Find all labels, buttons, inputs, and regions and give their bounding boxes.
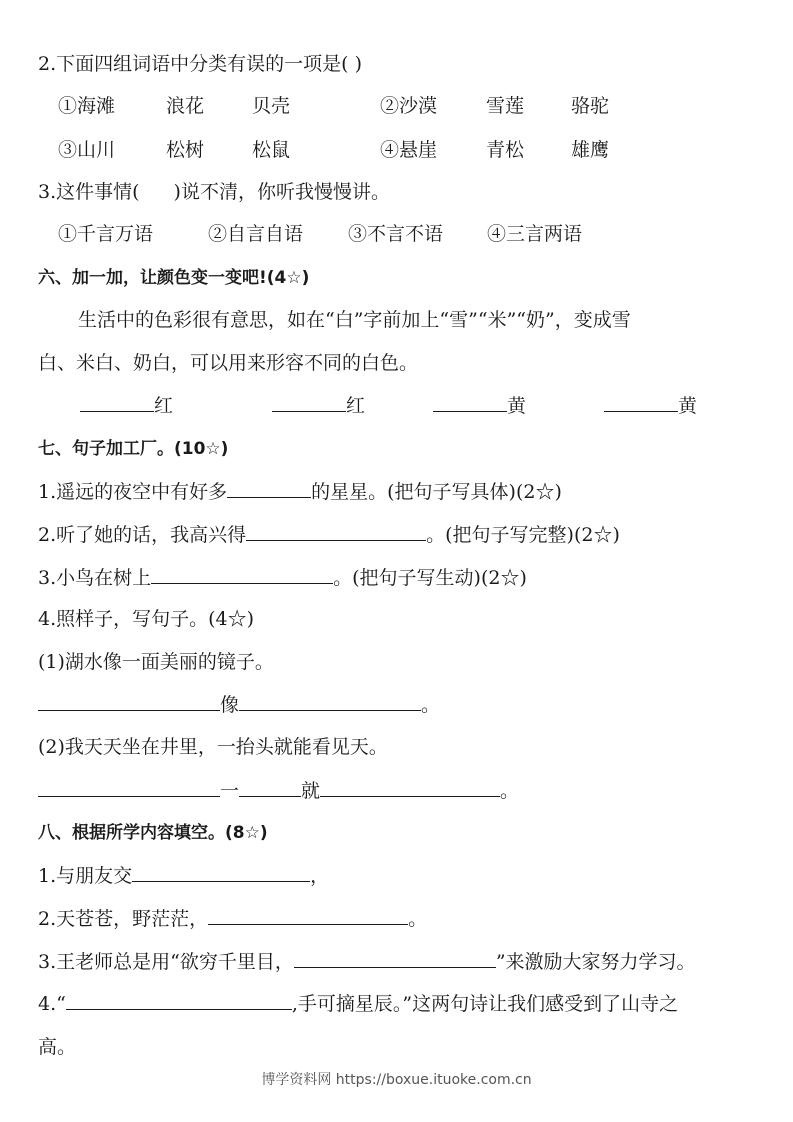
s7-ex2-mid2: 就 [301, 780, 320, 802]
s8-q4-continuation: 高。 [38, 1035, 76, 1059]
color-blank-1-input[interactable] [80, 393, 154, 412]
q2-group-4-word3: 雄鹰 [571, 138, 609, 162]
q3-stem-part2: )说不清，你听我慢慢讲。 [174, 181, 390, 203]
q3-option-3: ③不言不语 [348, 222, 443, 246]
section8-title: 八、根据所学内容填空。(8☆) [38, 821, 268, 845]
q2-group-1-label: ①海滩 [58, 94, 115, 118]
section6-paragraph-line1: 生活中的色彩很有意思，如在“白”字前加上“雪”“米”“奶”，变成雪 [78, 308, 631, 332]
s7-ex2-blank-2[interactable] [239, 778, 301, 797]
color-blank-4-suffix: 黄 [678, 395, 697, 417]
color-blank-4: 黄 [604, 393, 697, 418]
color-blank-3-input[interactable] [433, 393, 507, 412]
s7-example-2: (2)我天天坐在井里，一抬头就能看见天。 [38, 735, 388, 759]
s7-ex2-blank-1[interactable] [38, 778, 220, 797]
q2-group-3-label: ③山川 [58, 138, 115, 162]
s8-q3-text-a: 3.王老师总是用“欲穷千里目， [38, 951, 294, 973]
s7-ex2-mid1: 一 [220, 780, 239, 802]
s7-q2-text-b: 。(把句子写完整)(2☆) [426, 524, 620, 546]
q2-group-4-label: ④悬崖 [380, 138, 437, 162]
s8-q2: 2.天苍苍，野茫茫，。 [38, 906, 427, 931]
s7-q2: 2.听了她的话，我高兴得。(把句子写完整)(2☆) [38, 522, 620, 547]
q2-group-1-word3: 贝壳 [252, 94, 290, 118]
s8-q4-blank[interactable] [66, 991, 292, 1010]
section7-title: 七、句子加工厂。(10☆) [38, 437, 228, 461]
s8-q1: 1.与朋友交， [38, 863, 329, 888]
q2-group-3-word3: 松鼠 [252, 138, 290, 162]
color-blank-4-input[interactable] [604, 393, 678, 412]
s7-ex1-blank-1[interactable] [38, 692, 220, 711]
color-blank-2-input[interactable] [272, 393, 346, 412]
q2-group-1-word2: 浪花 [166, 94, 204, 118]
s8-q1-text-a: 1.与朋友交 [38, 865, 132, 887]
color-blank-3-suffix: 黄 [507, 395, 526, 417]
s8-q3-blank[interactable] [294, 949, 496, 968]
s8-q2-blank[interactable] [208, 906, 408, 925]
s7-ex1-mid: 像 [220, 694, 239, 716]
s8-q4: 4.“,手可摘星辰。”这两句诗让我们感受到了山寺之 [38, 991, 678, 1016]
s7-q3-blank[interactable] [151, 565, 333, 584]
color-blank-2: 红 [272, 393, 365, 418]
section6-paragraph-line2: 白、米白、奶白，可以用来形容不同的白色。 [38, 351, 418, 375]
s7-q2-blank[interactable] [246, 522, 426, 541]
color-blank-1: 红 [80, 393, 173, 418]
color-blank-3: 黄 [433, 393, 526, 418]
section6-title: 六、加一加，让颜色变一变吧!(4☆) [38, 266, 309, 290]
q3-stem: 3.这件事情()说不清，你听我慢慢讲。 [38, 180, 390, 204]
s7-q3: 3.小鸟在树上。(把句子写生动)(2☆) [38, 565, 527, 590]
s7-q1-blank[interactable] [227, 479, 311, 498]
q2-group-4-word2: 青松 [486, 138, 524, 162]
q2-group-3-word2: 松树 [166, 138, 204, 162]
footer-watermark: 博学资料网 https://boxue.ituoke.com.cn [0, 1069, 793, 1089]
s7-example-2-answer: 一就。 [38, 778, 519, 803]
q3-stem-part1: 3.这件事情( [38, 181, 140, 203]
q3-option-1: ①千言万语 [58, 222, 153, 246]
s8-q1-text-b: ， [310, 865, 329, 887]
s7-example-1-answer: 像。 [38, 692, 440, 717]
s7-example-1: (1)湖水像一面美丽的镜子。 [38, 650, 274, 674]
q2-group-2-word3: 骆驼 [571, 94, 609, 118]
s8-q1-blank[interactable] [132, 863, 310, 882]
s7-q4: 4.照样子，写句子。(4☆) [38, 607, 254, 631]
q2-stem: 2.下面四组词语中分类有误的一项是( ) [38, 52, 362, 76]
s8-q2-text-a: 2.天苍苍，野茫茫， [38, 908, 208, 930]
color-blank-2-suffix: 红 [346, 395, 365, 417]
q2-group-2-label: ②沙漠 [380, 94, 437, 118]
s7-q2-text-a: 2.听了她的话，我高兴得 [38, 524, 246, 546]
s7-ex1-end: 。 [421, 694, 440, 716]
s8-q3-text-b: ”来激励大家努力学习。 [496, 951, 696, 973]
s8-q4-text-a: 4.“ [38, 993, 66, 1015]
s7-ex2-blank-3[interactable] [320, 778, 500, 797]
s7-ex1-blank-2[interactable] [239, 692, 421, 711]
q3-option-2: ②自言自语 [208, 222, 303, 246]
s7-q3-text-b: 。(把句子写生动)(2☆) [333, 567, 527, 589]
s7-q1-text-a: 1.遥远的夜空中有好多 [38, 481, 227, 503]
s7-q3-text-a: 3.小鸟在树上 [38, 567, 151, 589]
q3-option-4: ④三言两语 [487, 222, 582, 246]
s7-q1-text-b: 的星星。(把句子写具体)(2☆) [311, 481, 562, 503]
s8-q2-text-b: 。 [408, 908, 427, 930]
s7-ex2-end: 。 [500, 780, 519, 802]
s8-q4-text-b: ,手可摘星辰。”这两句诗让我们感受到了山寺之 [292, 993, 678, 1015]
s8-q3: 3.王老师总是用“欲穷千里目，”来激励大家努力学习。 [38, 949, 696, 974]
s7-q1: 1.遥远的夜空中有好多的星星。(把句子写具体)(2☆) [38, 479, 562, 504]
color-blank-1-suffix: 红 [154, 395, 173, 417]
q2-group-2-word2: 雪莲 [486, 94, 524, 118]
